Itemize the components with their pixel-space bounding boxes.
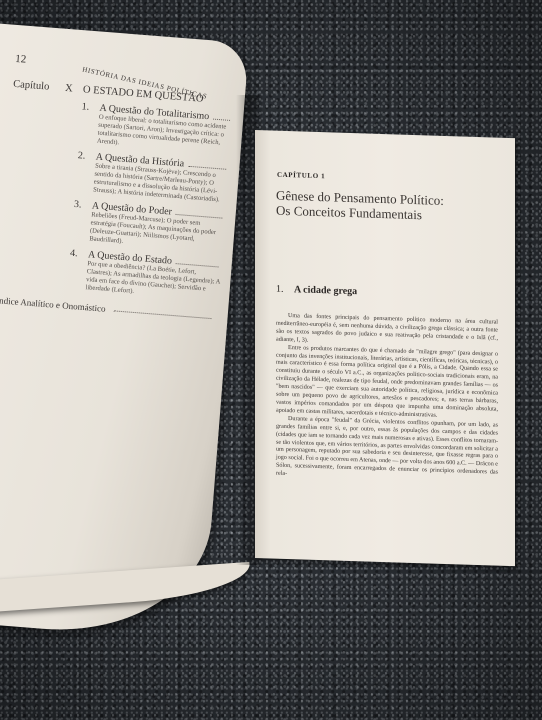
paragraph: Durante a época "feudal" da Grécia, viol…	[276, 415, 498, 485]
toc-entry: 4.A Questão do Estado Por que a obediênc…	[67, 248, 222, 303]
chapter-label: CAPÍTULO 1	[277, 171, 325, 181]
entry-number: 1.	[81, 101, 100, 113]
section-number: 1.	[276, 284, 294, 296]
right-page-chapter-opening: CAPÍTULO 1 Gênese do Pensamento Político…	[255, 130, 515, 566]
leader-dots	[176, 256, 219, 267]
toc-entry: 3.A Questão do Poder Rebeliões (Freud-Ma…	[71, 199, 226, 254]
chapter-title: Gênese do Pensamento Político: Os Concei…	[276, 188, 444, 223]
leader-dots	[113, 304, 212, 319]
paragraph: Entre os produtos marcantes do que é cha…	[276, 344, 498, 422]
left-page-table-of-contents: 12 HISTÓRIA DAS IDEIAS POLÍTICAS Capítul…	[0, 22, 249, 641]
section-heading: 1.A cidade grega	[276, 284, 357, 298]
chapter-label: Capítulo	[13, 79, 66, 94]
entry-number: 4.	[70, 248, 89, 260]
index-entry-title: Índice Analítico e Onomástico	[0, 295, 106, 314]
toc-entry: 2.A Questão da História Sobre a tirania …	[75, 150, 230, 205]
chapter-number: X	[65, 83, 84, 95]
body-text: Uma das fontes principais do pensamento …	[276, 313, 498, 486]
section-title: A cidade grega	[294, 284, 357, 297]
entry-number: 3.	[74, 199, 93, 211]
leader-dots	[213, 112, 231, 121]
leader-dots	[188, 159, 227, 170]
toc-entry: 1.A Questão do Totalitarismo O enfoque l…	[79, 101, 234, 156]
leader-dots	[176, 207, 223, 219]
entry-number: 2.	[77, 150, 96, 162]
